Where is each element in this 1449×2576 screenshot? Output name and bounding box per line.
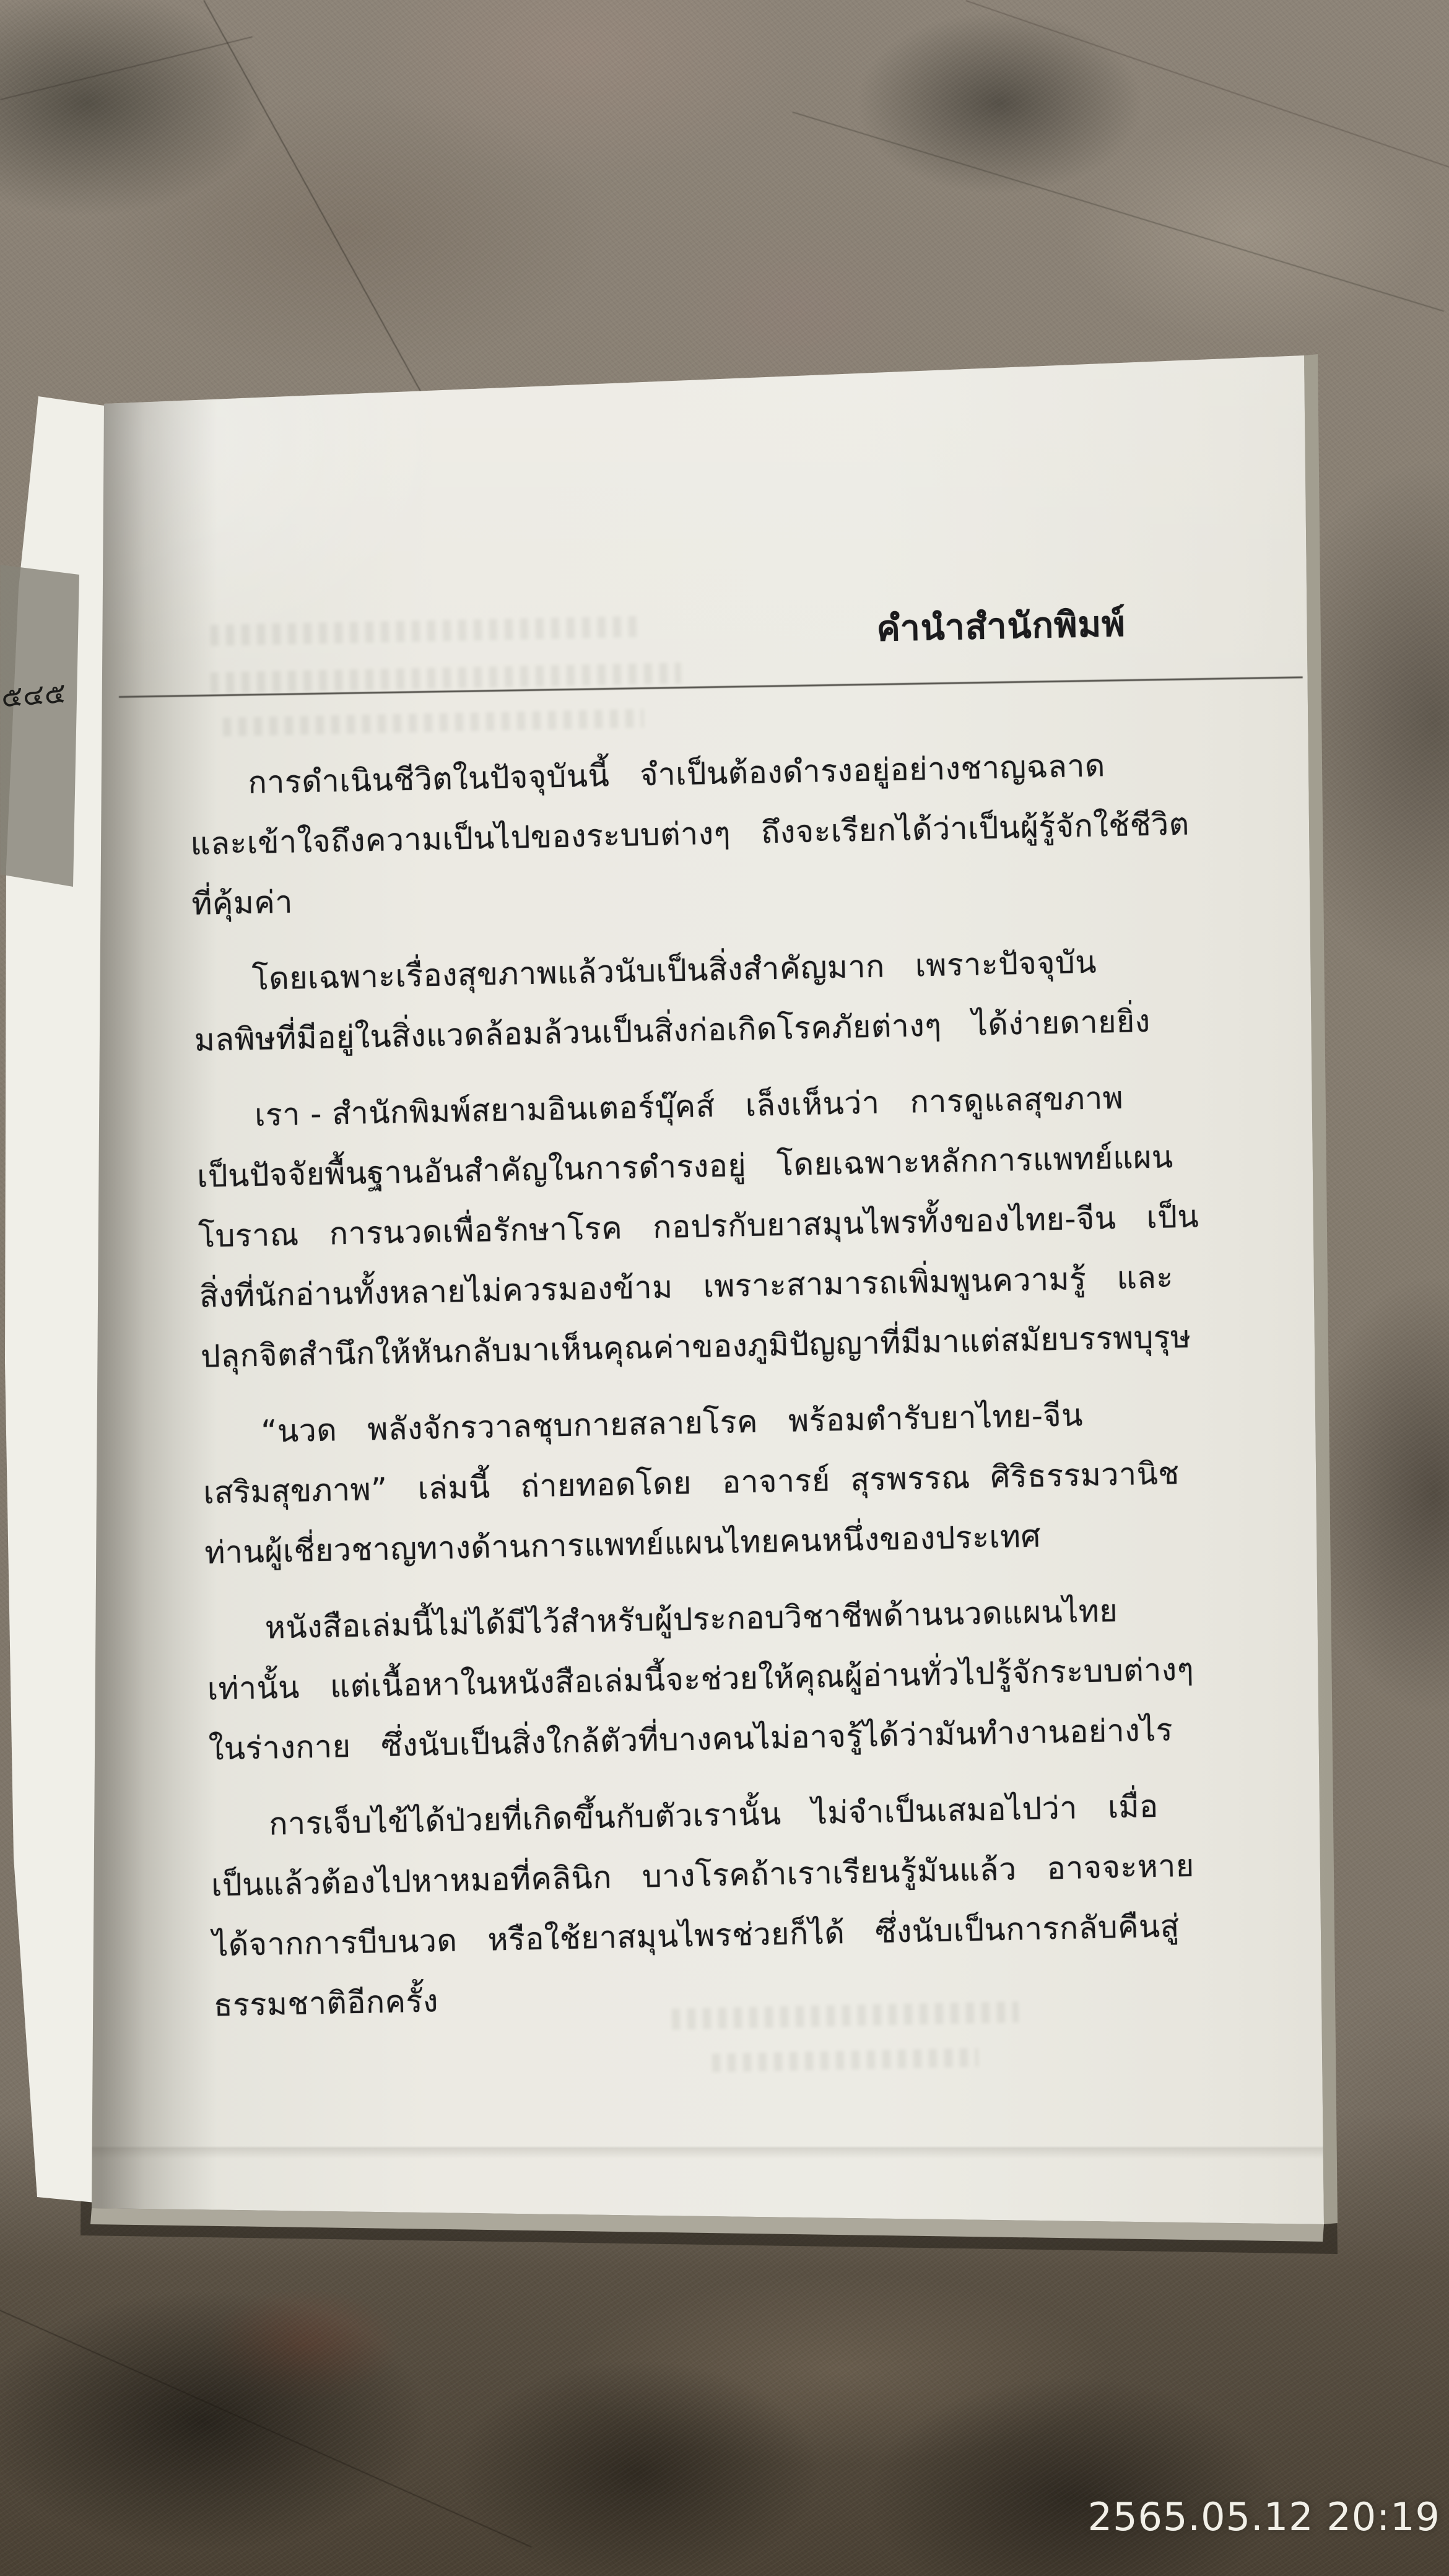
page-content: คำนำสำนักพิมพ์ การดำเนินชีวิตในปัจจุบันน… — [186, 590, 1312, 2035]
page-edge-label: ๕๔๕ — [0, 670, 67, 720]
paragraph: โดยเฉพาะเรื่องสุขภาพแล้วนับเป็นสิ่งสำคัญ… — [193, 928, 1292, 1071]
paragraph: การเจ็บไข้ได้ป่วยที่เกิดขึ้นกับตัวเรานั้… — [209, 1773, 1311, 2035]
camera-timestamp: 2565.05.12 20:19 — [1088, 2494, 1440, 2539]
body-text: การดำเนินชีวิตในปัจจุบันนี้ จำเป็นต้องดำ… — [189, 732, 1312, 2035]
paragraph: เรา - สำนักพิมพ์สยามอินเตอร์บุ๊คส์ เล็งเ… — [195, 1064, 1298, 1386]
paragraph: หนังสือเล่มนี้ไม่ได้มีไว้สำหรับผู้ประกอบ… — [206, 1577, 1306, 1780]
paragraph: การดำเนินชีวิตในปัจจุบันนี้ จำเป็นต้องดำ… — [189, 732, 1289, 934]
paragraph: “นวด พลังจักรวาลชุบกายสลายโรค พร้อมตำรับ… — [202, 1381, 1302, 1583]
